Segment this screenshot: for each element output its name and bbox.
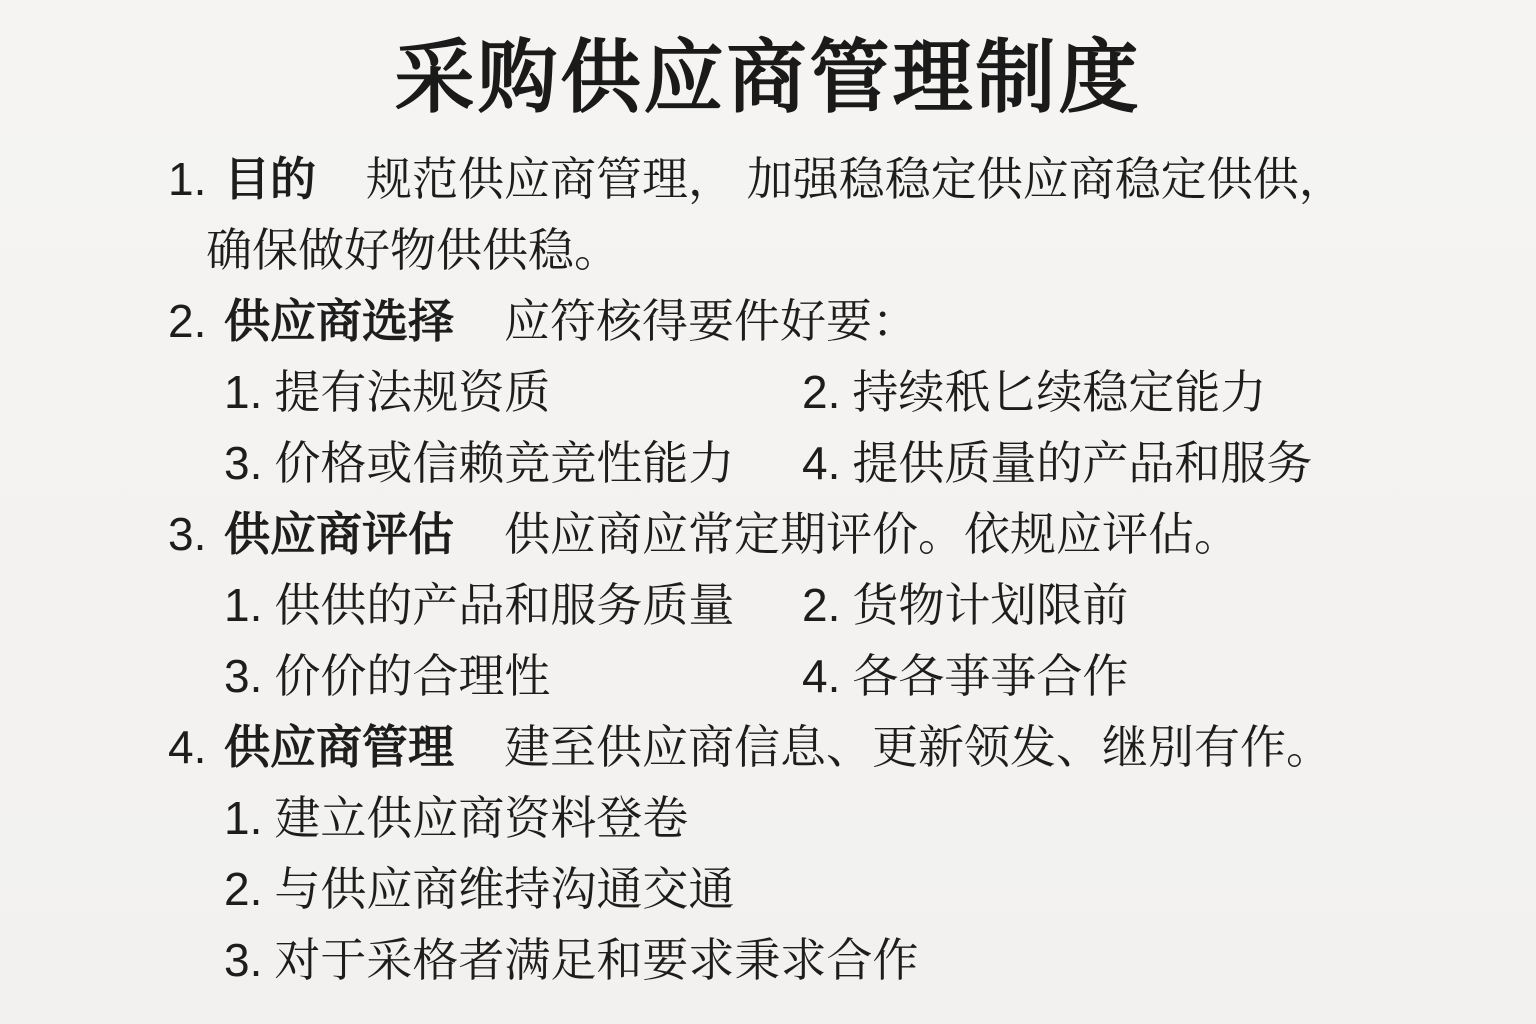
section-3-number: 3. xyxy=(168,499,224,570)
subitem: 1.供供的产品和服务质量 xyxy=(224,570,802,641)
subitem-text: 提供质量的产品和服务 xyxy=(852,437,1312,489)
subitem-text: 价价的合理性 xyxy=(274,650,550,702)
section-4-heading-row: 4.供应商管理建至供应商信息、更新领发、继別有作。 xyxy=(0,712,1536,783)
subitem-number: 3. xyxy=(224,650,262,702)
section-1-heading: 目的 xyxy=(224,153,316,205)
section-2-number: 2. xyxy=(168,286,224,357)
subitem-number: 2. xyxy=(224,863,262,915)
subitem-text: 提有法规资质 xyxy=(274,366,550,418)
section-3-subitems-row-1: 1.供供的产品和服务质量 2.货物计划限前 xyxy=(0,570,1536,641)
subitem: 1.建立供应商资料登卷 xyxy=(224,783,802,854)
subitem-number: 4. xyxy=(802,650,840,702)
section-2-intro: 应符核得要件好要： xyxy=(504,295,918,347)
section-1-intro: 规范供应商管理， 加强稳稳定供应商稳定供供， xyxy=(366,153,1345,205)
section-2-subitems-row-2: 3.价格或信赖竞竞性能力 4.提供质量的产品和服务 xyxy=(0,428,1536,499)
section-1-continuation: 确保做好物供供稳。 xyxy=(0,215,1536,286)
subitem: 4.各各亊亊合作 xyxy=(802,641,1536,712)
section-1-number: 1. xyxy=(168,144,224,215)
subitem-number: 1. xyxy=(224,792,262,844)
subitem: 2.持续秖匕续稳定能力 xyxy=(802,357,1536,428)
subitem-number: 3. xyxy=(224,934,262,986)
subitem: 4.提供质量的产品和服务 xyxy=(802,428,1536,499)
subitem: 3.价格或信赖竞竞性能力 xyxy=(224,428,802,499)
subitem-number: 3. xyxy=(224,437,262,489)
section-2-subitems-row-1: 1.提有法规资质 2.持续秖匕续稳定能力 xyxy=(0,357,1536,428)
document-title: 采购供应商管理制度 xyxy=(0,0,1536,144)
subitem-number: 2. xyxy=(802,366,840,418)
subitem-number: 1. xyxy=(224,579,262,631)
document-page: 采购供应商管理制度 1.目的规范供应商管理， 加强稳稳定供应商稳定供供， 确保做… xyxy=(0,0,1536,1024)
subitem-text: 建立供应商资料登卷 xyxy=(274,792,688,844)
subitem-text: 价格或信赖竞竞性能力 xyxy=(274,437,734,489)
section-3-heading: 供应商评估 xyxy=(224,508,454,560)
subitem: 3.对于采格者满足和要求秉求合作 xyxy=(224,925,802,996)
section-4-list-item-2: 2.与供应商维持沟通交通 xyxy=(0,854,1536,925)
section-3-heading-row: 3.供应商评估供应商应常定期评价。依规应评佔。 xyxy=(0,499,1536,570)
section-4-heading: 供应商管理 xyxy=(224,721,454,773)
section-4-intro: 建至供应商信息、更新领发、继別有作。 xyxy=(504,721,1332,773)
section-2-heading-row: 2.供应商选择应符核得要件好要： xyxy=(0,286,1536,357)
section-3-intro: 供应商应常定期评价。依规应评佔。 xyxy=(504,508,1240,560)
section-1-heading-row: 1.目的规范供应商管理， 加强稳稳定供应商稳定供供， xyxy=(0,144,1536,215)
subitem-number: 1. xyxy=(224,366,262,418)
subitem: 1.提有法规资质 xyxy=(224,357,802,428)
subitem-number: 4. xyxy=(802,437,840,489)
subitem: 2.与供应商维持沟通交通 xyxy=(224,854,802,925)
subitem-text: 各各亊亊合作 xyxy=(852,650,1128,702)
subitem-text: 对于采格者满足和要求秉求合作 xyxy=(274,934,918,986)
subitem-number: 2. xyxy=(802,579,840,631)
subitem-text: 与供应商维持沟通交通 xyxy=(274,863,734,915)
section-3-subitems-row-2: 3.价价的合理性 4.各各亊亊合作 xyxy=(0,641,1536,712)
section-2-heading: 供应商选择 xyxy=(224,295,454,347)
subitem-text: 供供的产品和服务质量 xyxy=(274,579,734,631)
subitem: 3.价价的合理性 xyxy=(224,641,802,712)
subitem-text: 货物计划限前 xyxy=(852,579,1128,631)
subitem: 2.货物计划限前 xyxy=(802,570,1536,641)
section-4-list-item-1: 1.建立供应商资料登卷 xyxy=(0,783,1536,854)
section-4-number: 4. xyxy=(168,712,224,783)
subitem-text: 持续秖匕续稳定能力 xyxy=(852,366,1266,418)
section-4-list-item-3: 3.对于采格者满足和要求秉求合作 xyxy=(0,925,1536,996)
